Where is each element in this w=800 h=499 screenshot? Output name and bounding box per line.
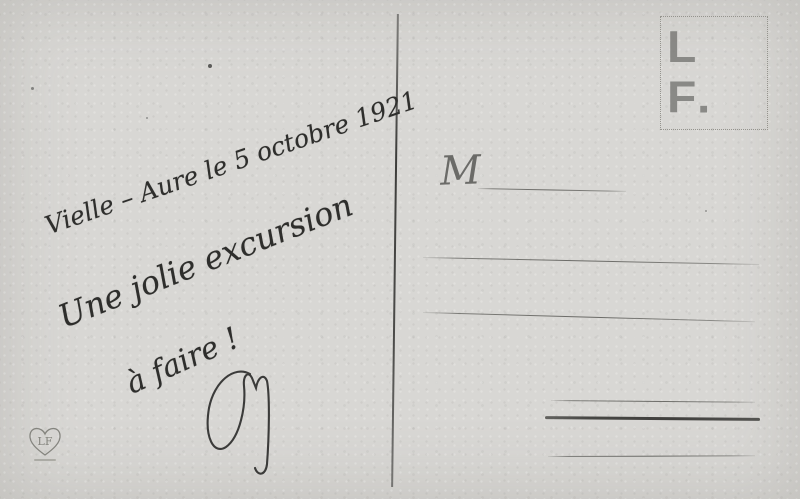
address-line-rule-4: [548, 455, 755, 457]
address-line-rule-bold: [545, 416, 760, 421]
signature-paraph-icon: [198, 360, 278, 482]
address-line-rule-1: [423, 257, 759, 265]
paper-speck: [208, 64, 212, 68]
paper-speck: [705, 210, 707, 212]
publisher-imprint-smudge: [34, 459, 56, 461]
paper-speck: [31, 87, 34, 90]
address-name-rule: [478, 188, 626, 192]
publisher-heart-mark-icon: LF: [26, 424, 64, 466]
handwritten-date-line: Vielle – Aure le 5 octobre 1921: [41, 85, 421, 240]
address-line-rule-2: [423, 312, 755, 323]
publisher-initials: LF: [38, 435, 53, 448]
center-divider-line: [391, 14, 398, 487]
paper-speck: [146, 117, 148, 119]
address-line-rule-3: [551, 400, 755, 403]
postcard-back: Vielle – Aure le 5 octobre 1921 Une joli…: [0, 0, 800, 499]
stamp-box-label: L F.: [661, 22, 767, 123]
postcard-scan: Vielle – Aure le 5 octobre 1921 Une joli…: [0, 0, 800, 499]
stamp-box: L F.: [660, 16, 768, 130]
address-salutation: M: [439, 147, 482, 194]
